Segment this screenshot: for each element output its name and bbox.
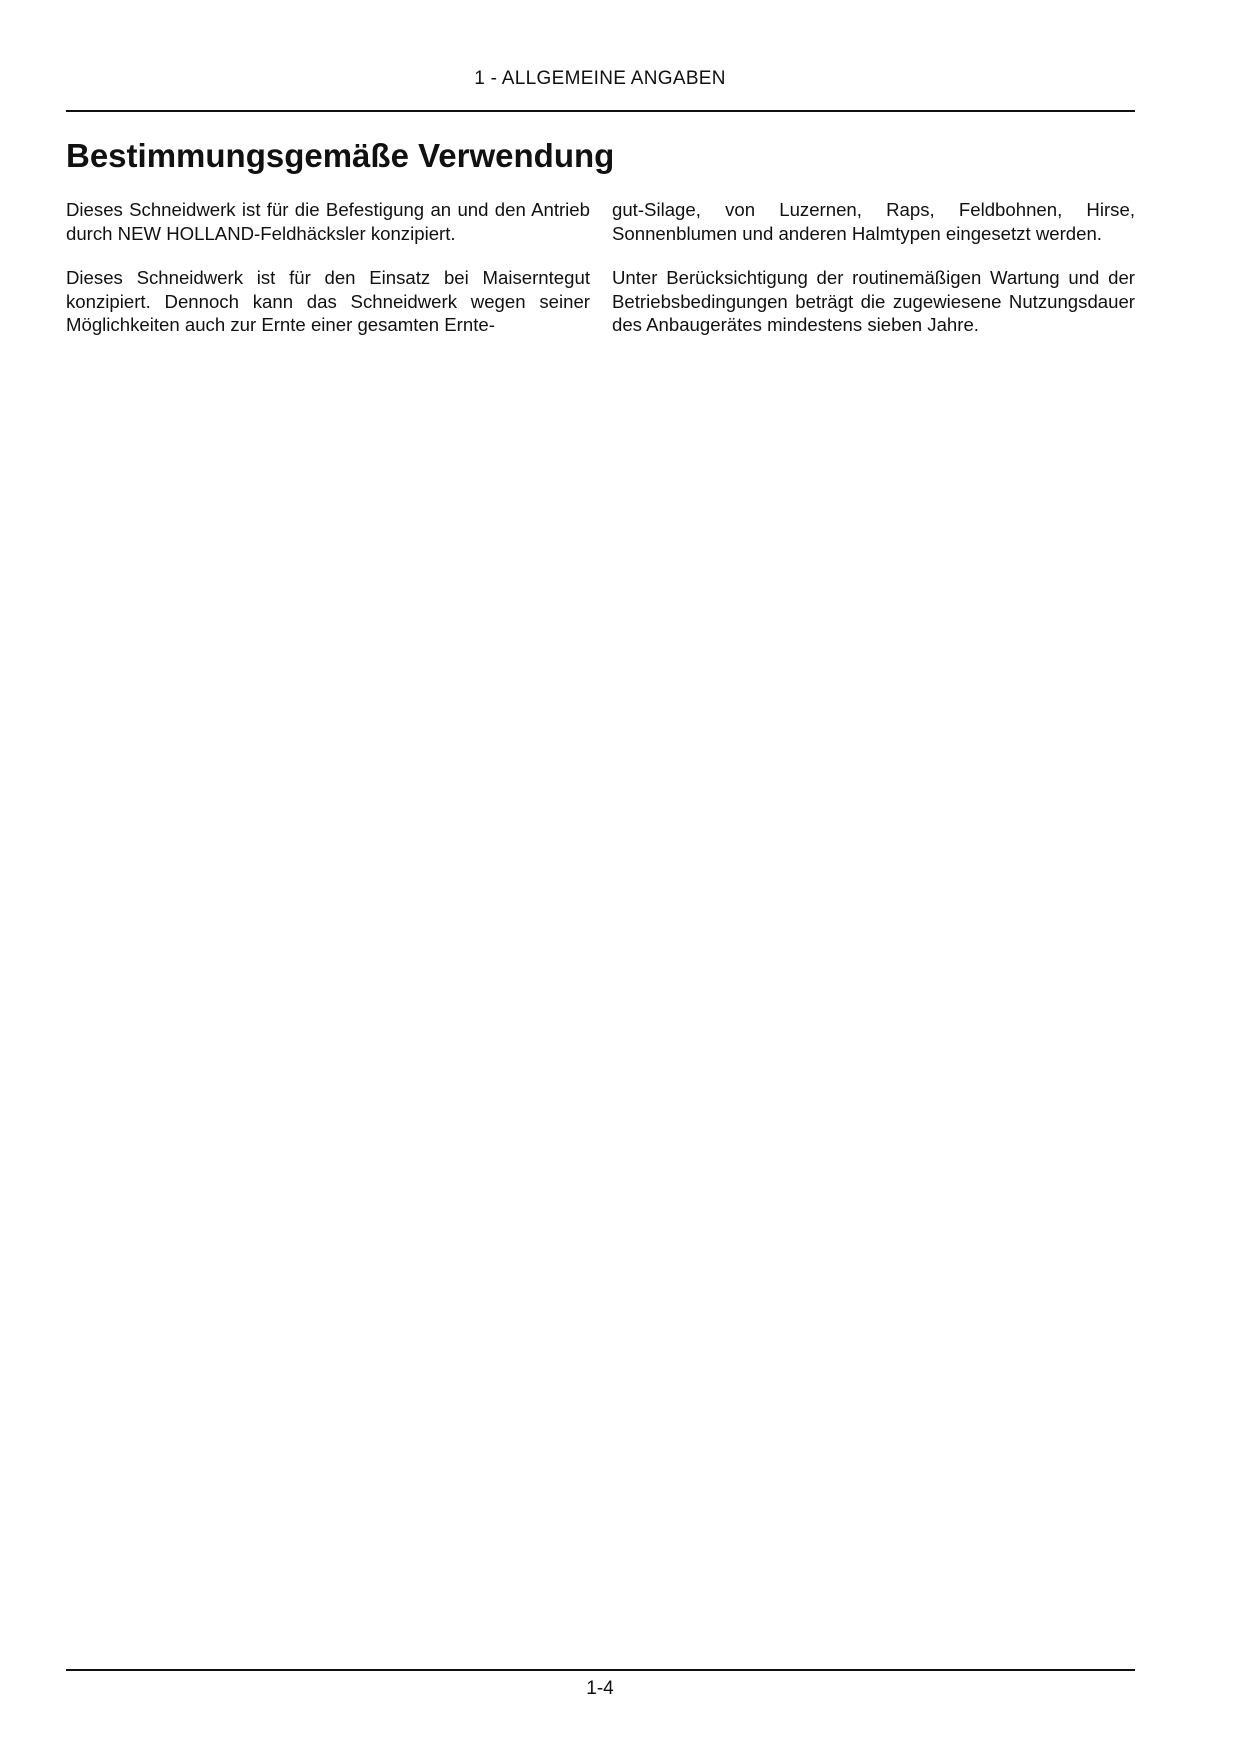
right-column: gut-Silage, von Luzernen, Raps, Feldbohn… [612,198,1135,358]
page-number: 1-4 [0,1678,1200,1700]
header-divider [66,110,1135,112]
left-column: Dieses Schneidwerk ist für die Befestigu… [66,198,590,358]
paragraph: Dieses Schneidwerk ist für den Einsatz b… [66,266,590,337]
footer-divider [66,1669,1135,1671]
paragraph: Dieses Schneidwerk ist für die Befestigu… [66,198,590,245]
section-title: 1 - ALLGEMEINE ANGABEN [0,68,1200,90]
page-title: Bestimmungsgemäße Verwendung [66,137,614,175]
paragraph: Unter Berücksichtigung der routinemäßige… [612,266,1135,337]
paragraph: gut-Silage, von Luzernen, Raps, Feldbohn… [612,198,1135,245]
